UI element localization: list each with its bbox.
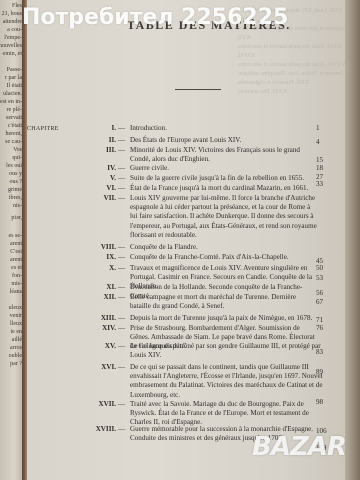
seller-watermark: Потребител 2256225 xyxy=(22,5,288,30)
chapter-title: Le roi Jacques détrôné par son gendre Gu… xyxy=(130,342,328,360)
chapter-number: XI. xyxy=(70,283,116,292)
entry-dash: — xyxy=(118,243,125,252)
left-page-text-fragment: Fles xyxy=(12,2,22,10)
table-of-contents: CHAPITREI.—Introduction.1II.—Des États d… xyxy=(27,0,345,480)
left-page-text-fragment: lleux xyxy=(10,320,22,328)
left-page-text-fragment: C'est xyxy=(10,248,22,256)
left-page-text-fragment: ous y xyxy=(9,170,22,178)
page-number: 33 xyxy=(316,180,323,189)
chapter-number: V. xyxy=(70,174,116,183)
bazar-logo: BAZAR xyxy=(252,432,346,462)
left-page-text-fragment: arent xyxy=(10,256,22,264)
entry-dash: — xyxy=(118,425,125,434)
left-page-text-fragment: es se- xyxy=(9,232,23,240)
left-page-text-fragment: Vos xyxy=(13,146,22,154)
chapter-number: XVI. xyxy=(70,363,116,372)
left-page-text-fragment: par ? xyxy=(10,360,22,368)
entry-dash: — xyxy=(118,194,125,203)
page-number: 89 xyxy=(316,368,323,377)
entry-dash: — xyxy=(118,264,125,273)
left-page-text-fragment: ibres, xyxy=(9,194,22,202)
page-number: 83 xyxy=(316,348,323,357)
left-page-text-fragment: léans xyxy=(10,288,22,296)
left-page-text-fragment: nouvelles xyxy=(0,42,22,50)
left-page-text-fragment: Passe- xyxy=(7,66,22,74)
left-page-text-fragment: ie en xyxy=(11,328,23,336)
left-page-text-fragment: herent, xyxy=(6,130,23,138)
chapter-number: IV. xyxy=(70,164,116,173)
chapter-title: Conquête de la Flandre. xyxy=(130,243,318,252)
left-facing-page: Fles21, housattendrea cou-l'empe-nouvell… xyxy=(0,0,24,480)
chapter-number: VIII. xyxy=(70,243,116,252)
left-page-text-fragment: r par la xyxy=(5,74,22,82)
entry-dash: — xyxy=(118,146,125,155)
left-page-text-fragment: nis- xyxy=(13,202,22,210)
left-page-text-fragment: a cou- xyxy=(7,26,22,34)
page-number: 53 xyxy=(316,274,323,283)
left-page-text-fragment: ous ? xyxy=(10,178,23,186)
chapter-title: Guerre civile. xyxy=(130,164,318,173)
page-edge xyxy=(345,0,360,480)
left-page-text-fragment: venir xyxy=(10,312,22,320)
chapter-number: X. xyxy=(70,264,116,273)
entry-dash: — xyxy=(118,314,125,323)
chapter-title: Des États de l'Europe avant Louis XIV. xyxy=(130,136,318,145)
left-page-text-fragment: ouble xyxy=(9,352,22,360)
chapter-title: Minorité de Louis XIV. Victoires des Fra… xyxy=(130,146,318,164)
left-page-text-fragment: qui- xyxy=(12,154,22,162)
page-number: 1 xyxy=(316,124,320,133)
chapter-title: Louis XIV gouverne par lui-même. Il forc… xyxy=(130,194,318,240)
left-page-text-fragment: les oui xyxy=(6,162,22,170)
left-page-text-fragment: servait xyxy=(6,114,22,122)
entry-dash: — xyxy=(118,293,125,302)
entry-dash: — xyxy=(118,174,125,183)
entry-dash: — xyxy=(118,283,125,292)
page-number: 67 xyxy=(316,298,323,307)
chapter-title: Introduction. xyxy=(130,124,318,133)
left-page-text-fragment: ulacien. xyxy=(3,90,22,98)
chapter-number: VI. xyxy=(70,184,116,193)
chapter-number: XIII. xyxy=(70,314,116,323)
entry-dash: — xyxy=(118,342,125,351)
entry-dash: — xyxy=(118,124,125,133)
left-page-text-fragment: Il était xyxy=(7,82,23,90)
left-page-text-fragment: 21, hous xyxy=(2,10,22,18)
entry-dash: — xyxy=(118,184,125,193)
chapter-label: CHAPITRE xyxy=(27,125,59,134)
left-page-text-fragment: arros xyxy=(10,344,22,352)
chapter-number: III. xyxy=(70,146,116,155)
chapter-number: XV. xyxy=(70,342,116,351)
chapter-number: I. xyxy=(70,124,116,133)
chapter-title: Depuis la mort de Turenne jusqu'à la pai… xyxy=(130,314,318,323)
entry-dash: — xyxy=(118,164,125,173)
page-number: 18 xyxy=(316,164,323,173)
left-page-text-fragment: se cau- xyxy=(5,138,22,146)
entry-dash: — xyxy=(118,136,125,145)
left-page-text-fragment: est en in- xyxy=(0,98,22,106)
chapter-title: De ce qui se passait dans le continent, … xyxy=(130,363,328,400)
entry-dash: — xyxy=(118,324,125,333)
entry-dash: — xyxy=(118,363,125,372)
document-page: XXII. Louis XIV depuis la paix d'Utrecht… xyxy=(27,0,345,480)
chapter-number: XII. xyxy=(70,293,116,302)
chapter-title: Belle campagne et mort du maréchal de Tu… xyxy=(130,293,318,311)
left-page-text-fragment: es et xyxy=(11,264,22,272)
page-number: 98 xyxy=(316,398,323,407)
left-page-text-fragment: mis- xyxy=(11,280,22,288)
left-page-text-fragment: arent xyxy=(10,240,22,248)
chapter-number: II. xyxy=(70,136,116,145)
entry-dash: — xyxy=(118,400,125,409)
left-page-text-fragment: emin, et xyxy=(3,50,22,58)
left-page-text-fragment: aillé xyxy=(12,336,22,344)
left-page-text-fragment: fon- xyxy=(12,272,22,280)
left-page-text-fragment: piər, xyxy=(11,214,22,222)
page-number: 76 xyxy=(316,324,323,333)
chapter-number: XVII. xyxy=(70,400,116,409)
chapter-number: VII. xyxy=(70,194,116,203)
left-page-text-fragment: attendre xyxy=(3,18,22,26)
chapter-title: Suite de la guerre civile jusqu'à la fin… xyxy=(130,174,318,183)
chapter-title: État de la France jusqu'à la mort du car… xyxy=(130,184,318,193)
chapter-number: IX. xyxy=(70,253,116,262)
left-page-text-fragment: c'était xyxy=(8,122,22,130)
left-page-text-fragment: re plé- xyxy=(7,106,23,114)
left-page-text-fragment: grime xyxy=(8,186,22,194)
chapter-title: Traité avec la Savoie. Mariage du duc de… xyxy=(130,400,328,428)
chapter-number: XVIII. xyxy=(70,425,116,434)
chapter-title: Conquête de la Franche-Comté. Paix d'Aix… xyxy=(130,253,318,262)
entry-dash: — xyxy=(118,253,125,262)
chapter-number: XIV. xyxy=(70,324,116,333)
left-page-text-fragment: uleux xyxy=(9,304,22,312)
left-page-text-fragment: l'empe- xyxy=(4,34,22,42)
